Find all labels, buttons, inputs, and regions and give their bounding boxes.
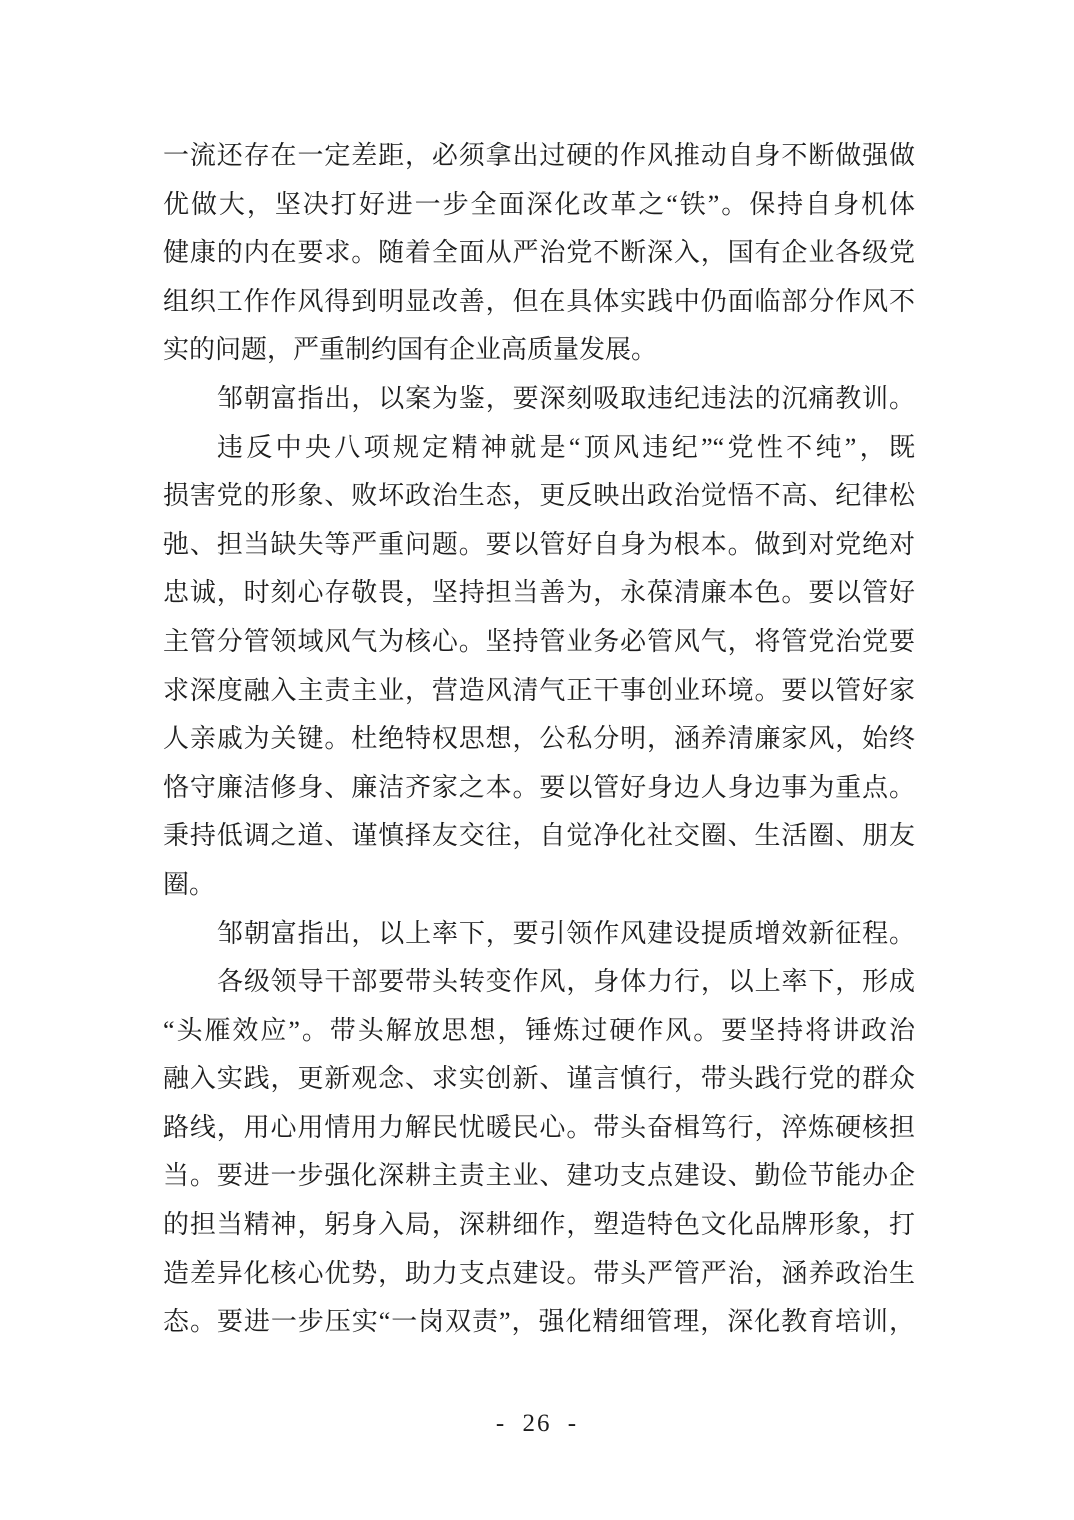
text-line: 实的问题，严重制约国有企业高质量发展。 bbox=[163, 326, 915, 375]
text-line: 主管分管领域风气为核心。坚持管业务必管风气，将管党治党要 bbox=[163, 618, 915, 667]
text-line: 人亲戚为关键。杜绝特权思想，公私分明，涵养清廉家风，始终 bbox=[163, 715, 915, 764]
page-number: - 26 - bbox=[0, 1408, 1074, 1440]
text-line: 当。要进一步强化深耕主责主业、建功支点建设、勤俭节能办企 bbox=[163, 1152, 915, 1201]
text-line: 邹朝富指出，以案为鉴，要深刻吸取违纪违法的沉痛教训。 bbox=[163, 375, 915, 424]
text-line: 各级领导干部要带头转变作风，身体力行，以上率下，形成 bbox=[163, 958, 915, 1007]
text-line: 恪守廉洁修身、廉洁齐家之本。要以管好身边人身边事为重点。 bbox=[163, 764, 915, 813]
text-line: 损害党的形象、败坏政治生态，更反映出政治觉悟不高、纪律松 bbox=[163, 472, 915, 521]
text-line: 组织工作作风得到明显改善，但在具体实践中仍面临部分作风不 bbox=[163, 278, 915, 327]
text-line: 路线，用心用情用力解民忧暖民心。带头奋楫笃行，淬炼硬核担 bbox=[163, 1104, 915, 1153]
text-line: 邹朝富指出，以上率下，要引领作风建设提质增效新征程。 bbox=[163, 910, 915, 959]
text-line: 优做大，坚决打好进一步全面深化改革之“铁”。保持自身机体 bbox=[163, 181, 915, 230]
text-line: “头雁效应”。带头解放思想，锤炼过硬作风。要坚持将讲政治 bbox=[163, 1007, 915, 1056]
text-line: 违反中央八项规定精神就是“顶风违纪”“党性不纯”，既 bbox=[163, 424, 915, 473]
text-line: 态。要进一步压实“一岗双责”，强化精细管理，深化教育培训， bbox=[163, 1298, 915, 1347]
text-line: 的担当精神，躬身入局，深耕细作，塑造特色文化品牌形象，打 bbox=[163, 1201, 915, 1250]
text-line: 健康的内在要求。随着全面从严治党不断深入，国有企业各级党 bbox=[163, 229, 915, 278]
text-line: 融入实践，更新观念、求实创新、谨言慎行，带头践行党的群众 bbox=[163, 1055, 915, 1104]
text-line: 忠诚，时刻心存敬畏，坚持担当善为，永葆清廉本色。要以管好 bbox=[163, 569, 915, 618]
text-line: 求深度融入主责主业，营造风清气正干事创业环境。要以管好家 bbox=[163, 667, 915, 716]
text-block: 一流还存在一定差距，必须拿出过硬的作风推动自身不断做强做 优做大，坚决打好进一步… bbox=[163, 132, 915, 1347]
text-line: 造差异化核心优势，助力支点建设。带头严管严治，涵养政治生 bbox=[163, 1250, 915, 1299]
text-line: 一流还存在一定差距，必须拿出过硬的作风推动自身不断做强做 bbox=[163, 132, 915, 181]
text-line: 圈。 bbox=[163, 861, 915, 910]
text-line: 弛、担当缺失等严重问题。要以管好自身为根本。做到对党绝对 bbox=[163, 521, 915, 570]
text-line: 秉持低调之道、谨慎择友交往，自觉净化社交圈、生活圈、朋友 bbox=[163, 812, 915, 861]
document-page: 一流还存在一定差距，必须拿出过硬的作风推动自身不断做强做 优做大，坚决打好进一步… bbox=[0, 0, 1074, 1520]
